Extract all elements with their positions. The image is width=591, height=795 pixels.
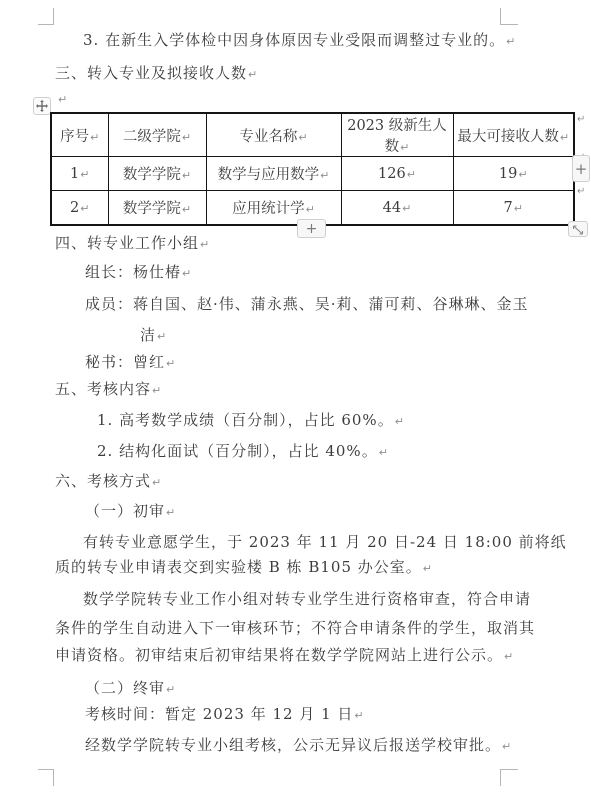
paragraph-mark: ↵ — [157, 330, 166, 343]
cell-mark: ↵ — [518, 168, 527, 181]
paragraph-mark: ↵ — [248, 68, 257, 81]
majors-table[interactable]: 序号↵ 二级学院↵ 专业名称↵ 2023 级新生人数↵ 最大可接收人数↵ 1↵ … — [50, 112, 575, 226]
section-heading-5[interactable]: 五、考核内容↵ — [55, 380, 161, 400]
doc-line-review-2[interactable]: 条件的学生自动进入下一审核环节；不符合申请条件的学生，取消其 — [55, 619, 535, 637]
page-margin-mark-top-right — [500, 8, 518, 25]
cell-mark: ↵ — [400, 141, 409, 154]
doc-line-exam-time[interactable]: 考核时间：暂定 2023 年 12 月 1 日↵ — [85, 705, 364, 725]
header-cell-major[interactable]: 专业名称↵ — [206, 113, 341, 157]
page-margin-mark-bottom-right — [500, 769, 518, 786]
cell-mark: ↵ — [402, 202, 411, 215]
table-move-handle[interactable] — [33, 97, 51, 115]
paragraph-mark: ↵ — [506, 35, 515, 48]
cell-freshmen[interactable]: 44↵ — [341, 191, 453, 226]
cell-seq[interactable]: 1↵ — [51, 157, 108, 191]
paragraph-mark: ↵ — [58, 93, 67, 106]
paragraph-mark: ↵ — [504, 650, 513, 663]
paragraph-mark: ↵ — [182, 267, 191, 280]
cell-mark: ↵ — [182, 131, 191, 144]
cell-capacity[interactable]: 19↵ — [453, 157, 574, 191]
cell-mark: ↵ — [182, 169, 191, 182]
header-cell-capacity[interactable]: 最大可接收人数↵ — [453, 113, 574, 157]
doc-line-exam-item2[interactable]: 2. 结构化面试（百分制），占比 40%。↵ — [97, 442, 388, 462]
page-margin-mark-top-left — [38, 8, 54, 25]
paragraph-mark: ↵ — [166, 357, 175, 370]
header-cell-seq[interactable]: 序号↵ — [51, 113, 108, 157]
move-cross-icon — [36, 97, 48, 116]
cell-seq[interactable]: 2↵ — [51, 191, 108, 226]
doc-line-review-1[interactable]: 数学学院转专业工作小组对转专业学生进行资格审查，符合申请 — [83, 590, 531, 608]
cell-mark: ↵ — [90, 131, 99, 144]
paragraph-mark: ↵ — [379, 446, 388, 459]
doc-line-secretary[interactable]: 秘书：曾红↵ — [85, 353, 175, 373]
header-cell-college[interactable]: 二级学院↵ — [108, 113, 206, 157]
row-end-mark: ↵ — [577, 186, 585, 197]
doc-line-item3[interactable]: 3. 在新生入学体检中因身体原因专业受限而调整过专业的。↵ — [83, 31, 515, 51]
doc-line-deadline-2[interactable]: 质的转专业申请表交到实验楼 B 栋 B105 办公室。↵ — [55, 558, 432, 578]
cell-mark: ↵ — [514, 202, 523, 215]
section-heading-6[interactable]: 六、考核方式↵ — [55, 472, 161, 492]
doc-line-final-review[interactable]: （二）终审↵ — [85, 679, 175, 699]
table-row: 1↵ 数学学院↵ 数学与应用数学↵ 126↵ 19↵ — [51, 157, 574, 191]
page-margin-mark-bottom-left — [38, 769, 54, 786]
paragraph-mark: ↵ — [166, 506, 175, 519]
row-end-mark: ↵ — [577, 114, 585, 125]
add-column-button[interactable]: + — [572, 155, 590, 182]
section-heading-3[interactable]: 三、转入专业及拟接收人数↵ — [55, 64, 257, 84]
cell-mark: ↵ — [306, 203, 315, 216]
doc-line-deadline-1[interactable]: 有转专业意愿学生，于 2023 年 11 月 20 日-24 日 18:00 前… — [83, 533, 567, 551]
paragraph-mark: ↵ — [502, 740, 511, 753]
cell-major[interactable]: 数学与应用数学↵ — [206, 157, 341, 191]
cell-mark: ↵ — [182, 203, 191, 216]
add-row-button[interactable]: + — [297, 219, 326, 238]
cell-mark: ↵ — [80, 202, 89, 215]
doc-line-exam-item1[interactable]: 1. 高考数学成绩（百分制），占比 60%。↵ — [97, 411, 404, 431]
doc-line-leader[interactable]: 组长：杨仕椿↵ — [85, 263, 191, 283]
cell-mark: ↵ — [560, 131, 569, 144]
cell-mark: ↵ — [320, 169, 329, 182]
cell-mark: ↵ — [407, 168, 416, 181]
doc-line-review-3[interactable]: 申请资格。初审结束后初审结果将在数学学院网站上进行公示。↵ — [55, 646, 513, 666]
cell-mark: ↵ — [298, 131, 307, 144]
paragraph-mark: ↵ — [152, 476, 161, 489]
paragraph-mark: ↵ — [152, 384, 161, 397]
header-cell-freshmen[interactable]: 2023 级新生人数↵ — [341, 113, 453, 157]
doc-line-members[interactable]: 成员：蒋自国、赵·伟、蒲永燕、吴·莉、蒲可莉、谷琳琳、金玉 — [85, 295, 529, 313]
cell-freshmen[interactable]: 126↵ — [341, 157, 453, 191]
doc-line-members-wrap[interactable]: 洁↵ — [140, 326, 166, 346]
doc-line-first-review[interactable]: （一）初审↵ — [85, 502, 175, 522]
cell-college[interactable]: 数学学院↵ — [108, 157, 206, 191]
cell-capacity[interactable]: 7↵ — [453, 191, 574, 226]
paragraph-mark: ↵ — [354, 709, 363, 722]
table-resize-handle[interactable] — [568, 221, 588, 237]
cell-mark: ↵ — [80, 168, 89, 181]
paragraph-mark: ↵ — [423, 562, 432, 575]
section-heading-4[interactable]: 四、转专业工作小组↵ — [55, 234, 209, 254]
paragraph-mark: ↵ — [166, 683, 175, 696]
doc-line-approval[interactable]: 经数学学院转专业小组考核，公示无异议后报送学校审批。↵ — [85, 736, 511, 756]
cell-college[interactable]: 数学学院↵ — [108, 191, 206, 226]
table-header-row: 序号↵ 二级学院↵ 专业名称↵ 2023 级新生人数↵ 最大可接收人数↵ — [51, 113, 574, 157]
diagonal-resize-icon — [572, 220, 584, 239]
paragraph-mark: ↵ — [395, 415, 404, 428]
paragraph-mark: ↵ — [200, 238, 209, 251]
